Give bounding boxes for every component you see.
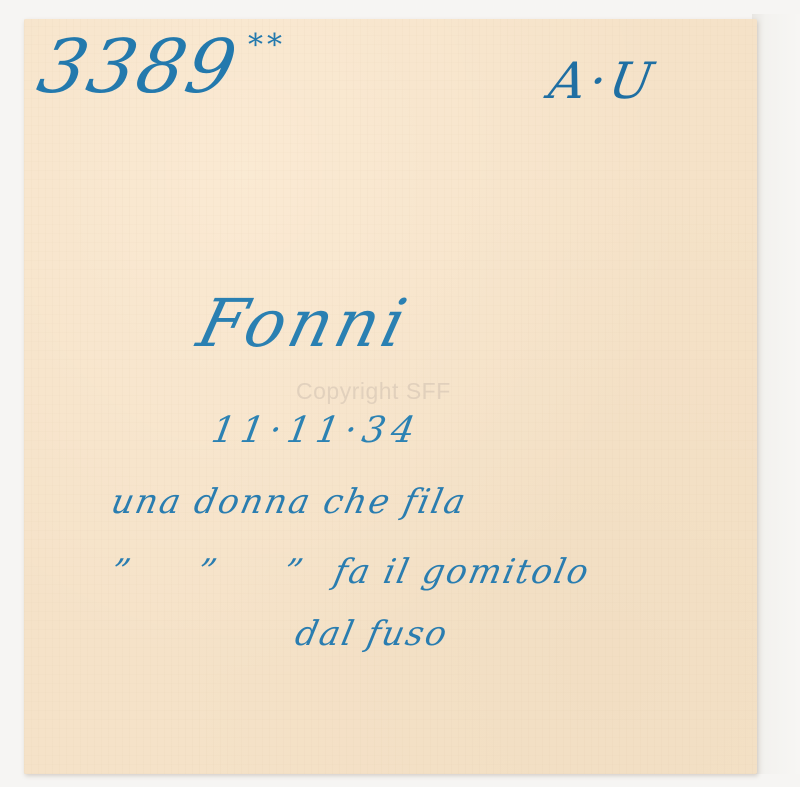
caption-line-3: dal fuso (292, 614, 453, 654)
photographer-initials: A·U (545, 52, 661, 110)
place-name: Fonni (190, 285, 417, 362)
backdrop-edge (752, 14, 800, 774)
catalog-stars-mark: ** (248, 28, 286, 63)
caption-line-2-text: fa il gomitolo (330, 552, 594, 592)
ditto-mark: ” (194, 552, 222, 592)
ditto-mark: ” (280, 552, 308, 592)
copyright-watermark: Copyright SFF (296, 378, 451, 405)
catalog-number: 3389 (31, 24, 246, 110)
caption-line-1: una donna che fila (108, 482, 471, 522)
date: 11·11·34 (208, 410, 424, 451)
caption-line-2: ” ” ” fa il gomitolo (108, 552, 594, 592)
